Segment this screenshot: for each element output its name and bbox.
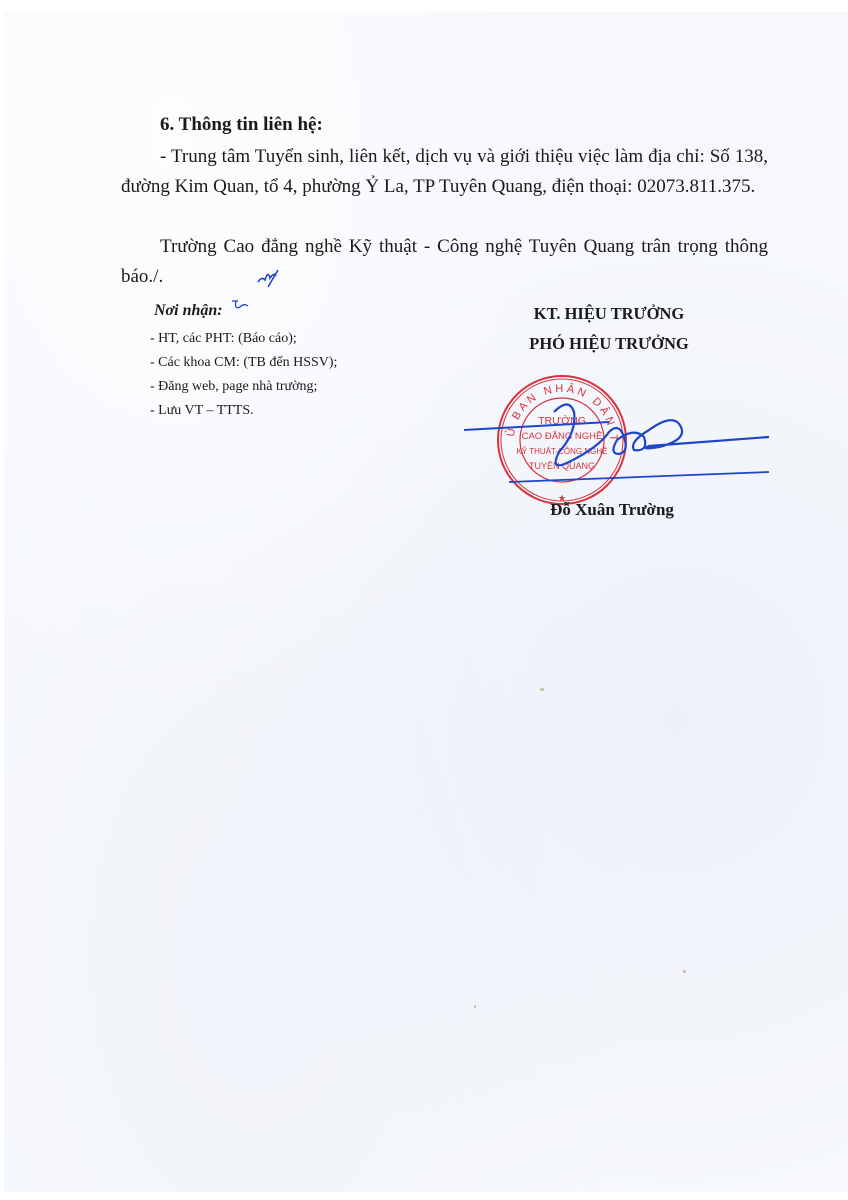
signature-block: KT. HIỆU TRƯỞNG PHÓ HIỆU TRƯỞNG <box>494 299 724 359</box>
scan-speck <box>474 1005 476 1008</box>
handwritten-signature-icon <box>459 392 779 502</box>
signer-name: Đỗ Xuân Trường <box>494 500 730 520</box>
closing-paragraph: Trường Cao đẳng nghề Kỹ thuật - Công ngh… <box>121 232 768 292</box>
recipient-item: - Lưu VT – TTTS. <box>150 399 400 423</box>
handwritten-initial-icon <box>256 266 286 288</box>
recipients-title: Nơi nhận: <box>154 299 400 323</box>
handwritten-mark-icon <box>230 298 252 312</box>
recipients-list: - HT, các PHT: (Báo cáo); - Các khoa CM:… <box>150 327 400 423</box>
recipient-item: - Đăng web, page nhà trường; <box>150 375 400 399</box>
contact-paragraph: - Trung tâm Tuyển sinh, liên kết, dịch v… <box>121 142 768 202</box>
signature-title-line2: PHÓ HIỆU TRƯỞNG <box>494 329 724 359</box>
signature-title-line1: KT. HIỆU TRƯỞNG <box>494 299 724 329</box>
section-heading: 6. Thông tin liên hệ: <box>160 110 323 140</box>
recipient-item: - Các khoa CM: (TB đến HSSV); <box>150 351 400 375</box>
recipients-block: Nơi nhận: - HT, các PHT: (Báo cáo); - Cá… <box>150 299 400 423</box>
recipient-item: - HT, các PHT: (Báo cáo); <box>150 327 400 351</box>
scan-speck <box>540 688 544 691</box>
scanned-page: 6. Thông tin liên hệ: - Trung tâm Tuyển … <box>4 12 848 1192</box>
scan-speck <box>683 970 686 973</box>
